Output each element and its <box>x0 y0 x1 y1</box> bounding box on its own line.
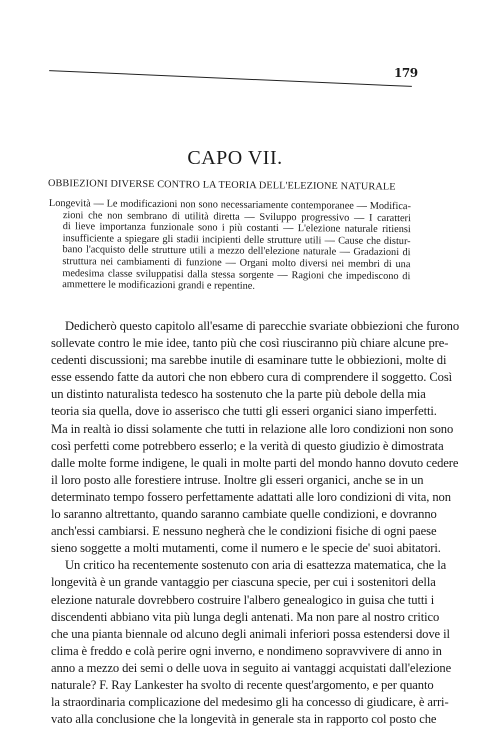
text-line: teoria sia quella, dove io asserisco che… <box>51 403 411 420</box>
text-line: sollevate contro le mie idee, tanto più … <box>51 335 411 352</box>
body-text: Dedicherò questo capitolo all'esame di p… <box>51 318 411 728</box>
text-line: clima è freddo e colà perire ogni invern… <box>51 643 411 660</box>
text-line: determinato tempo fossero perfettamente … <box>51 489 411 506</box>
chapter-summary: Longevità — Le modificazioni non sono ne… <box>48 198 411 294</box>
text-line: un distinto naturalista tedesco ha soste… <box>51 386 411 403</box>
text-line: Un critico ha recentemente sostenuto con… <box>51 557 411 574</box>
paragraph: Un critico ha recentemente sostenuto con… <box>51 557 411 728</box>
text-line: dalle molte forme indigene, le quali in … <box>51 455 411 472</box>
text-line: esse essendo fatte da autori che non ebb… <box>51 369 411 386</box>
text-line: cedenti discussioni; ma sarebbe inutile … <box>51 352 411 369</box>
text-line: vato alla conclusione che la longevità i… <box>51 711 411 728</box>
text-line: Dedicherò questo capitolo all'esame di p… <box>51 318 411 335</box>
text-line: così perfetti come potrebbero esserlo; e… <box>51 438 411 455</box>
chapter-subtitle: OBBIEZIONI DIVERSE CONTRO LA TEORIA DELL… <box>48 178 413 193</box>
text-line: elezione naturale dovrebbero costruire l… <box>51 592 411 609</box>
text-line: anch'essi cambiarsi. E nessuno negherà c… <box>51 523 411 540</box>
text-line: discendenti abbiano vita più lunga degli… <box>51 609 411 626</box>
page-number: 179 <box>394 66 418 80</box>
header-rule <box>49 70 412 87</box>
text-line: il loro posto alle forestiere intruse. I… <box>51 472 411 489</box>
text-line: longevità è un grande vantaggio per cias… <box>51 574 411 591</box>
text-line: la straordinaria complicazione del medes… <box>51 694 411 711</box>
text-line: naturale? F. Ray Lankester ha svolto di … <box>51 677 411 694</box>
text-line: che una pianta biennale od alcuno degli … <box>51 626 411 643</box>
chapter-title: CAPO VII. <box>0 147 470 170</box>
text-line: sieno soggette a molti mutamenti, come i… <box>51 540 411 557</box>
text-line: Ma in realtà io dissi solamente che tutt… <box>51 421 411 438</box>
text-line: anno a mezzo dei semi o delle uova in se… <box>51 660 411 677</box>
text-line: lo saranno altrettanto, quando saranno c… <box>51 506 411 523</box>
paragraph: Dedicherò questo capitolo all'esame di p… <box>51 318 411 557</box>
